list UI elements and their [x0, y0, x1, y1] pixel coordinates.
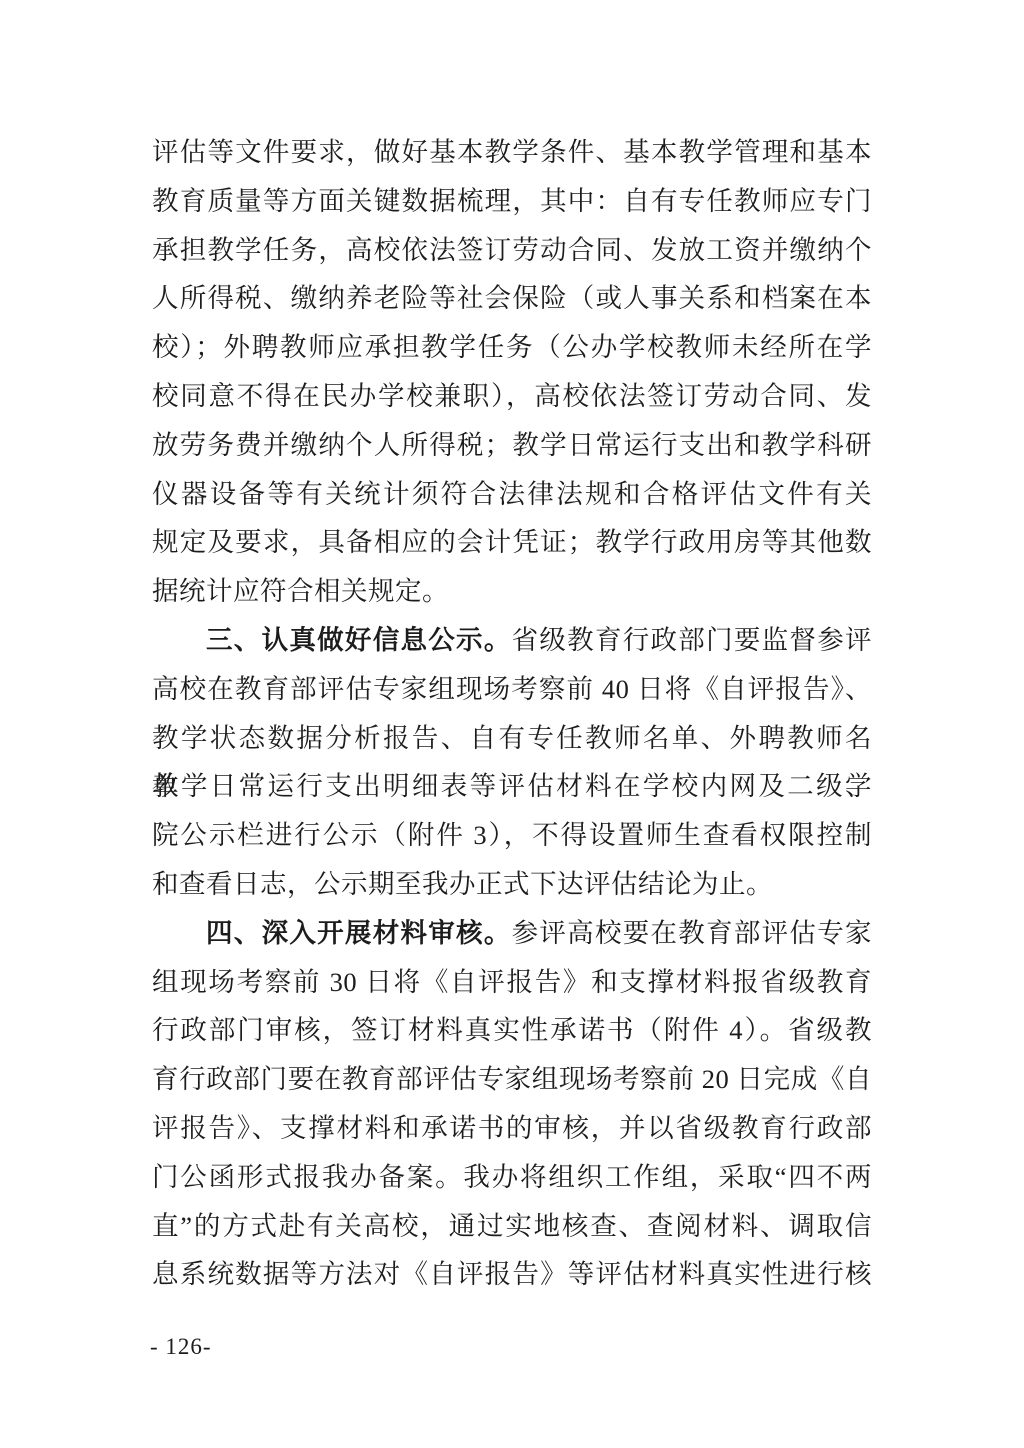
- body-line: 育行政部门要在教育部评估专家组现场考察前 20 日完成《自: [152, 1055, 872, 1104]
- page-number: - 126-: [150, 1332, 212, 1362]
- body-line: 评估等文件要求，做好基本教学条件、基本教学管理和基本: [152, 128, 872, 177]
- body-line: 规定及要求，具备相应的会计凭证；教学行政用房等其他数: [152, 518, 872, 567]
- section-3-first-line: 三、认真做好信息公示。省级教育行政部门要监督参评: [152, 616, 872, 665]
- body-line: 据统计应符合相关规定。: [152, 567, 872, 616]
- section-3-heading: 三、认真做好信息公示。: [206, 625, 512, 655]
- document-page: 评估等文件要求，做好基本教学条件、基本教学管理和基本 教育质量等方面关键数据梳理…: [0, 0, 1024, 1448]
- body-line: 人所得税、缴纳养老险等社会保险（或人事关系和档案在本: [152, 274, 872, 323]
- body-line: 院公示栏进行公示（附件 3），不得设置师生查看权限控制: [152, 811, 872, 860]
- body-line: 直”的方式赴有关高校，通过实地核查、查阅材料、调取信: [152, 1202, 872, 1251]
- document-body: 评估等文件要求，做好基本教学条件、基本教学管理和基本 教育质量等方面关键数据梳理…: [152, 128, 872, 1299]
- body-line: 行政部门审核，签订材料真实性承诺书（附件 4）。省级教: [152, 1006, 872, 1055]
- body-line: 评报告》、支撑材料和承诺书的审核，并以省级教育行政部: [152, 1104, 872, 1153]
- section-4-heading: 四、深入开展材料审核。: [206, 918, 512, 948]
- body-line: 息系统数据等方法对《自评报告》等评估材料真实性进行核: [152, 1250, 872, 1299]
- body-line: 门公函形式报我办备案。我办将组织工作组，采取“四不两: [152, 1153, 872, 1202]
- body-line: 教学状态数据分析报告、自有专任教师名单、外聘教师名单、: [152, 714, 872, 763]
- body-line: 仪器设备等有关统计须符合法律法规和合格评估文件有关: [152, 470, 872, 519]
- body-line: 教育质量等方面关键数据梳理，其中：自有专任教师应专门: [152, 177, 872, 226]
- body-line: 组现场考察前 30 日将《自评报告》和支撑材料报省级教育: [152, 958, 872, 1007]
- body-line: 教学日常运行支出明细表等评估材料在学校内网及二级学: [152, 762, 872, 811]
- section-3-lead-text: 省级教育行政部门要监督参评: [512, 625, 872, 655]
- body-line: 放劳务费并缴纳个人所得税；教学日常运行支出和教学科研: [152, 421, 872, 470]
- body-line: 高校在教育部评估专家组现场考察前 40 日将《自评报告》、: [152, 665, 872, 714]
- body-line: 承担教学任务，高校依法签订劳动合同、发放工资并缴纳个: [152, 226, 872, 275]
- body-line: 校同意不得在民办学校兼职），高校依法签订劳动合同、发: [152, 372, 872, 421]
- body-line: 和查看日志，公示期至我办正式下达评估结论为止。: [152, 860, 872, 909]
- body-line: 校）；外聘教师应承担教学任务（公办学校教师未经所在学: [152, 323, 872, 372]
- section-4-first-line: 四、深入开展材料审核。参评高校要在教育部评估专家: [152, 909, 872, 958]
- section-4-lead-text: 参评高校要在教育部评估专家: [512, 918, 872, 948]
